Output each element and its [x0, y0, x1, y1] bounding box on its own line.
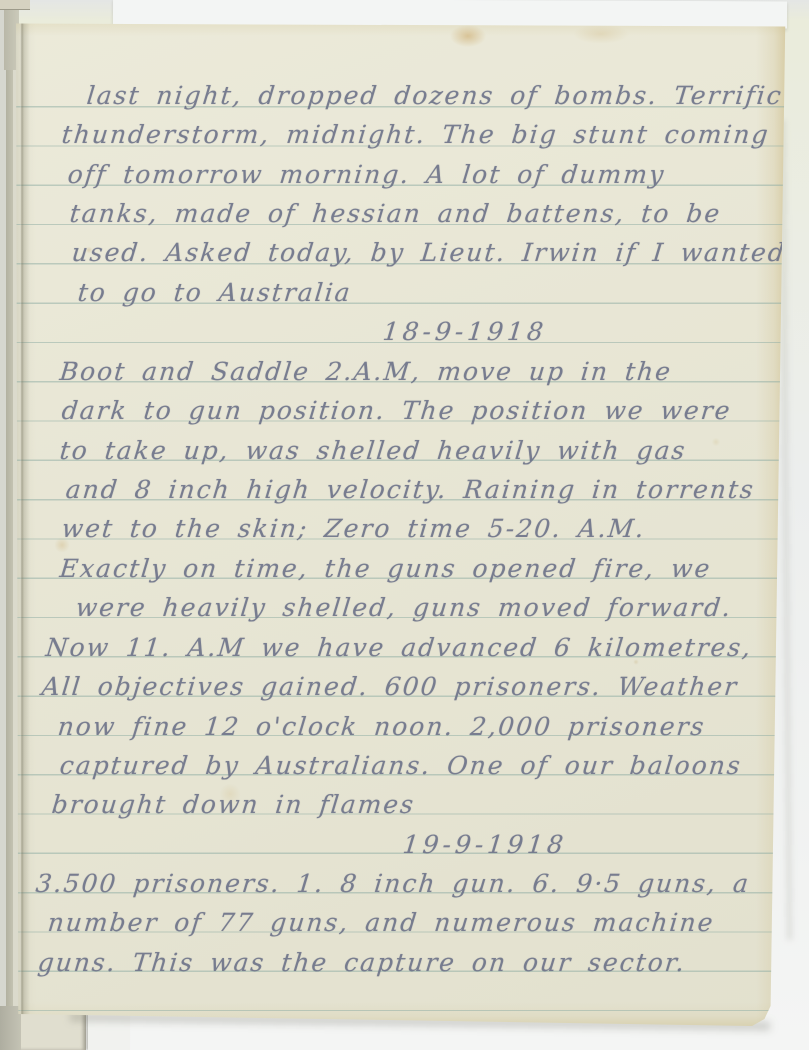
handwriting-line: dark to gun position. The position we we… — [60, 396, 733, 428]
handwriting-line: captured by Australians. One of our balo… — [58, 751, 743, 783]
handwriting-line: Exactly on time, the guns opened fire, w… — [58, 554, 713, 586]
handwriting-line: to take up, was shelled heavily with gas — [58, 436, 688, 468]
handwriting-line: thunderstorm, midnight. The big stunt co… — [60, 120, 771, 152]
handwriting-line: to go to Australia — [76, 278, 353, 310]
handwriting-line: tanks, made of hessian and battens, to b… — [68, 199, 723, 231]
handwriting-line: were heavily shelled, guns moved forward… — [74, 593, 734, 625]
handwriting-line: brought down in flames — [50, 790, 417, 822]
notebook-page: last night, dropped dozens of bombs. Ter… — [16, 22, 786, 1026]
page-gutter-crease — [20, 22, 30, 1026]
handwriting-line: used. Asked today, by Lieut. Irwin if I … — [70, 238, 788, 270]
binding-bottom-tab-grey — [0, 1006, 21, 1050]
handwriting-line: last night, dropped dozens of bombs. Ter… — [85, 81, 784, 113]
handwriting-line: guns. This was the capture on our sector… — [36, 948, 688, 980]
date-heading: 19-9-1918 — [401, 830, 569, 862]
handwriting-line: wet to the skin; Zero time 5-20. A.M. — [60, 514, 647, 546]
handwriting-line: number of 77 guns, and numerous machine — [46, 908, 716, 940]
underlying-sheet-top — [113, 0, 787, 28]
handwriting-line: 3.500 prisoners. 1. 8 inch gun. 6. 9·5 g… — [34, 869, 752, 901]
handwriting-line: All objectives gained. 600 prisoners. We… — [40, 672, 740, 704]
handwriting-line: now fine 12 o'clock noon. 2,000 prisoner… — [56, 712, 707, 744]
handwriting-line: off tomorrow morning. A lot of dummy — [66, 160, 667, 192]
binding-top-tab-beige — [0, 0, 30, 10]
handwriting-line: Now 11. A.M we have advanced 6 kilometre… — [44, 633, 754, 665]
handwriting-line: Boot and Saddle 2.A.M, move up in the — [58, 357, 674, 389]
diary-photo: { "document": { "kind": "handwritten-dia… — [0, 0, 809, 1050]
date-heading: 18-9-1918 — [381, 317, 549, 349]
handwriting-line: and 8 inch high velocity. Raining in tor… — [64, 475, 756, 507]
